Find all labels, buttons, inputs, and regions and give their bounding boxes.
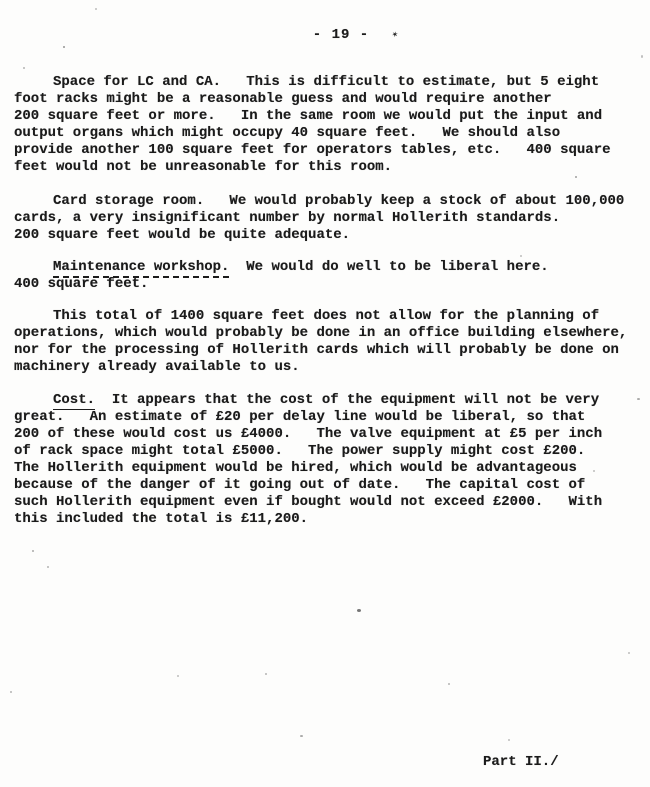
text-line: 200 of these would cost us £4000. The va… xyxy=(14,426,602,443)
paragraph-card-storage-room: Card storage room. We would probably kee… xyxy=(14,193,624,244)
scan-speck xyxy=(23,67,25,69)
text-line: this included the total is £11,200. xyxy=(14,511,602,528)
text-line: 400 square feet. xyxy=(14,276,549,293)
text-span: It appears that the cost of the equipmen… xyxy=(95,392,599,408)
text-line: Cost. It appears that the cost of the eq… xyxy=(14,392,602,409)
scan-speck xyxy=(641,55,643,58)
text-line: machinery already available to us. xyxy=(14,359,627,376)
scan-speck xyxy=(10,691,12,693)
text-line: foot racks might be a reasonable guess a… xyxy=(14,91,611,108)
scan-speck xyxy=(448,683,450,685)
page-number-header: - 19 - xyxy=(0,27,650,44)
scan-speck xyxy=(357,609,361,612)
scan-speck xyxy=(637,398,640,400)
scan-speck xyxy=(177,675,179,677)
footer-part-label: Part II./ xyxy=(483,754,559,771)
text-line: 200 square feet would be quite adequate. xyxy=(14,227,624,244)
scan-speck xyxy=(32,550,34,552)
text-line: cards, a very insignificant number by no… xyxy=(14,210,624,227)
text-line: Card storage room. We would probably kee… xyxy=(14,193,624,210)
text-line: feet would not be unreasonable for this … xyxy=(14,159,611,176)
text-span: We would do well to be liberal here. xyxy=(229,259,548,275)
underlined-heading-maintenance-workshop: Maintenance workshop. xyxy=(53,259,229,278)
text-line: because of the danger of it going out of… xyxy=(14,477,602,494)
scan-speck xyxy=(593,470,595,472)
paragraph-space-for-lc-and-ca: Space for LC and CA. This is difficult t… xyxy=(14,74,611,176)
text-line: output organs which might occupy 40 squa… xyxy=(14,125,611,142)
underlined-heading-cost: Cost. xyxy=(53,392,95,410)
text-line: operations, which would probably be done… xyxy=(14,325,627,342)
text-line: Space for LC and CA. This is difficult t… xyxy=(14,74,611,91)
text-line: great. An estimate of £20 per delay line… xyxy=(14,409,602,426)
scan-speck xyxy=(265,673,267,675)
scan-speck xyxy=(300,735,303,737)
text-line: of rack space might total £5000. The pow… xyxy=(14,443,602,460)
scan-speck xyxy=(63,46,65,48)
scan-speck xyxy=(95,8,97,10)
scan-speck xyxy=(520,255,522,257)
text-line: This total of 1400 square feet does not … xyxy=(14,308,627,325)
text-line: The Hollerith equipment would be hired, … xyxy=(14,460,602,477)
text-line: such Hollerith equipment even if bought … xyxy=(14,494,602,511)
text-line: provide another 100 square feet for oper… xyxy=(14,142,611,159)
scan-speck xyxy=(508,739,510,741)
scan-speck xyxy=(575,176,577,178)
document-page: - 19 - ✶ Space for LC and CA. This is di… xyxy=(0,0,650,787)
text-line: nor for the processing of Hollerith card… xyxy=(14,342,627,359)
scan-speck xyxy=(47,566,49,568)
paragraph-maintenance-workshop: Maintenance workshop. We would do well t… xyxy=(14,259,549,293)
paragraph-total-square-feet: This total of 1400 square feet does not … xyxy=(14,308,627,376)
scan-speck xyxy=(628,652,630,654)
text-line: 200 square feet or more. In the same roo… xyxy=(14,108,611,125)
paragraph-cost: Cost. It appears that the cost of the eq… xyxy=(14,392,602,528)
text-line: Maintenance workshop. We would do well t… xyxy=(14,259,549,276)
